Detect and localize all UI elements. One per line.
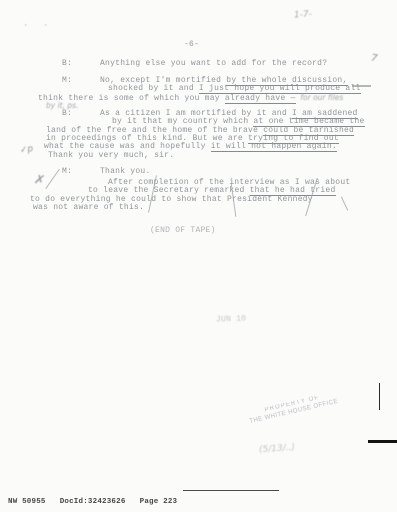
transcript-line: was not aware of this. xyxy=(33,204,144,212)
end-of-tape-label: (END OF TAPE) xyxy=(150,227,216,235)
typed-text: already have — xyxy=(225,94,296,104)
margin-checkmark-note: ✓p xyxy=(19,144,34,156)
transcript-line: Thank you. xyxy=(100,168,151,176)
property-stamp: PROPERTY OF THE WHITE HOUSE OFFICE xyxy=(243,390,344,426)
faint-date-stamp: JUN 10 xyxy=(216,315,247,324)
scan-artifact-rule xyxy=(183,490,279,491)
typed-text: Anything else you want to add for the re… xyxy=(100,59,327,68)
handwritten-date-note: (5/13/..) xyxy=(259,443,296,455)
typed-text: Thank you. xyxy=(100,167,151,176)
handwritten-note: for our files xyxy=(296,93,344,102)
transcript-line: Anything else you want to add for the re… xyxy=(100,60,327,68)
page-number: -6- xyxy=(184,41,199,49)
transcript-line: think there is some of which you may alr… xyxy=(38,94,343,103)
margin-x-mark: ✗ xyxy=(33,172,47,189)
speaker-label: M: xyxy=(62,77,72,85)
typed-text: Thank you very much, sir. xyxy=(48,151,174,160)
typed-text: was not aware of this. xyxy=(33,203,144,212)
transcript-line: Thank you very much, sir. xyxy=(48,152,174,160)
typed-text: shocked by it and xyxy=(108,84,199,93)
scan-artifact-vertical-line xyxy=(379,383,380,410)
typed-text: it will not happen again. xyxy=(211,142,337,152)
speaker-label: B: xyxy=(62,60,72,68)
pencil-mark-right-margin: 7 xyxy=(370,53,378,65)
pencil-stroke xyxy=(45,169,60,189)
speaker-label: M: xyxy=(62,168,72,176)
scanned-document-page: · · 1-7- -6- 7 B:Anything else you want … xyxy=(0,0,397,512)
pencil-note-top-right: 1-7- xyxy=(294,9,313,20)
archive-footer-reference: NW 50955 DocId:32423626 Page 223 xyxy=(8,498,177,506)
pencil-stroke xyxy=(341,196,348,210)
scan-speck-marks: · · xyxy=(24,21,47,31)
speaker-label: B: xyxy=(62,110,72,118)
scan-artifact-bar xyxy=(368,440,397,443)
